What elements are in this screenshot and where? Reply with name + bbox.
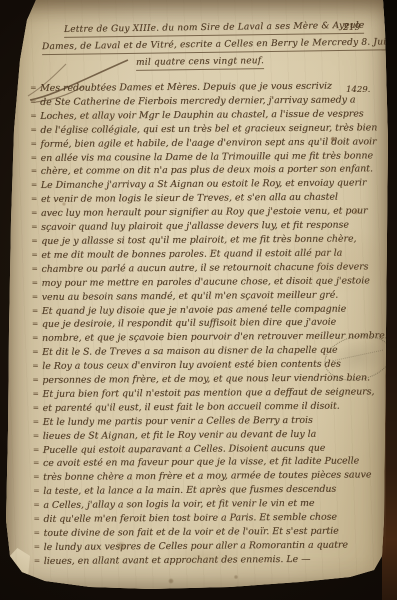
line-tie-mark: = (33, 499, 41, 512)
line-tie-mark: = (32, 291, 40, 304)
line-tie-mark: = (32, 374, 40, 387)
manuscript-line: =lieues, en allant avant et approchant d… (34, 552, 358, 568)
line-tie-mark: = (33, 402, 41, 415)
line-tie-mark: = (33, 527, 41, 540)
line-tie-mark: = (31, 179, 39, 192)
line-tie-mark: = (33, 416, 41, 429)
line-tie-mark: = (32, 346, 40, 359)
manuscript-page: Lettre de Guy XIIIe. du nom Sire de Lava… (0, 0, 397, 600)
letter-title-line-2: Dames, de Laval et de Vitré, escrite a C… (42, 38, 352, 52)
line-tie-mark: = (33, 513, 41, 526)
line-tie-mark: = (31, 221, 39, 234)
line-tie-mark: = (33, 457, 41, 470)
line-tie-mark: = (32, 332, 40, 345)
line-tie-mark: = (33, 471, 41, 484)
letter-title-line-1: Lettre de Guy XIIIe. du nom Sire de Lava… (64, 21, 340, 35)
line-tie-mark: = (32, 304, 40, 317)
line-tie-mark: = (31, 165, 39, 178)
line-tie-mark: = (33, 430, 41, 443)
line-tie-mark: = (30, 124, 38, 137)
line-tie-mark: = (31, 249, 39, 262)
line-tie-mark: = (31, 151, 39, 164)
page-number: 219 (343, 23, 360, 33)
line-tie-mark: = (30, 96, 38, 109)
manuscript-lines: =Mes redoubtées Dames et Mères. Depuis q… (30, 79, 358, 568)
line-tie-mark: = (32, 277, 40, 290)
line-tie-mark: = (32, 318, 40, 331)
line-tie-mark: = (32, 388, 40, 401)
line-tie-mark: = (34, 555, 42, 568)
photograph-background: Lettre de Guy XIIIe. du nom Sire de Lava… (0, 0, 397, 600)
letter-title-line-3: mil quatre cens vingt neuf. (120, 56, 280, 68)
line-tie-mark: = (30, 82, 38, 95)
paper-corner-flap (2, 548, 30, 592)
line-tie-mark: = (31, 193, 39, 206)
line-tie-mark: = (34, 541, 42, 554)
line-tie-mark: = (33, 443, 41, 456)
line-tie-mark: = (30, 110, 38, 123)
line-tie-mark: = (31, 235, 39, 248)
line-tie-mark: = (31, 263, 39, 276)
line-text: lieues, en allant avant et approchant de… (44, 554, 311, 569)
line-tie-mark: = (31, 207, 39, 220)
line-tie-mark: = (33, 485, 41, 498)
line-tie-mark: = (32, 360, 40, 373)
line-tie-mark: = (30, 138, 38, 151)
